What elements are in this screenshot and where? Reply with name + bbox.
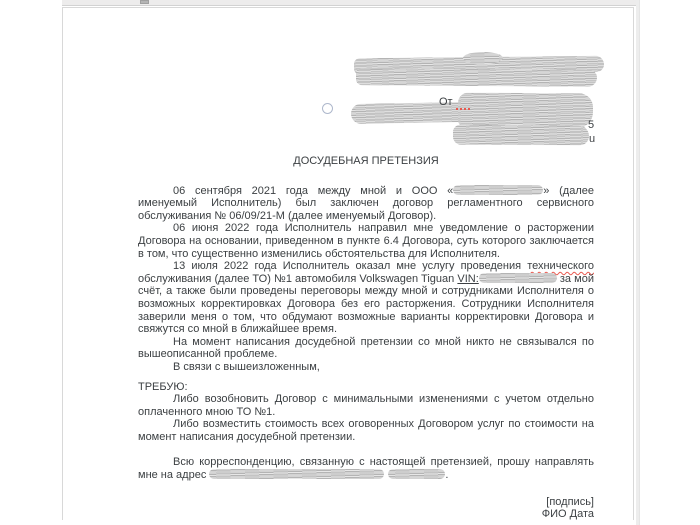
redaction-scribble bbox=[479, 273, 557, 283]
paragraph-therefore: В связи с вышеизложенным, bbox=[138, 361, 594, 374]
signature-line-2: ФИО Дата bbox=[138, 508, 594, 521]
paragraph-no-contact: На момент написания досудебной претензии… bbox=[138, 336, 594, 361]
redaction-scribble bbox=[209, 469, 384, 479]
text-run: 06 сентября 2021 года между мной и ООО « bbox=[173, 185, 453, 197]
text-run: технического bbox=[527, 260, 594, 272]
comment-anchor-icon[interactable] bbox=[322, 103, 333, 114]
doc-title: ДОСУДЕБНАЯ ПРЕТЕНЗИЯ bbox=[138, 155, 594, 168]
visible-char-phone: 5 bbox=[588, 120, 594, 131]
text-run: ТРЕБУЮ: bbox=[138, 381, 188, 393]
from-label: От bbox=[439, 97, 453, 108]
paragraph-service: 13 июля 2022 года Исполнитель оказал мне… bbox=[138, 260, 594, 336]
text-run: . bbox=[445, 469, 448, 481]
text-run: 13 июля 2022 года Исполнитель оказал мне… bbox=[173, 260, 527, 272]
paragraph-demand-2: Либо возместить стоимость всех оговоренн… bbox=[138, 418, 594, 443]
text-run: Либо возместить стоимость всех оговоренн… bbox=[138, 418, 594, 443]
spellcheck-squiggle bbox=[456, 108, 472, 110]
redaction-scribble bbox=[463, 52, 503, 64]
text-run: Либо возобновить Договор с минимальными … bbox=[138, 393, 594, 418]
text-run: В связи с вышеизложенным, bbox=[173, 361, 320, 373]
text-run: ДОСУДЕБНАЯ ПРЕТЕНЗИЯ bbox=[293, 155, 438, 167]
redaction-scribble bbox=[388, 469, 445, 479]
redaction-scribble bbox=[453, 125, 589, 145]
redaction-scribble bbox=[356, 68, 597, 87]
text-run: обслуживания (далее ТО) №1 автомобиля Vo… bbox=[138, 273, 457, 285]
text-run: VIN: bbox=[457, 273, 478, 285]
paragraph-contract: 06 сентября 2021 года между мной и ООО «… bbox=[138, 185, 594, 223]
text-run: [подпись] bbox=[546, 496, 594, 508]
redaction-scribble bbox=[458, 93, 593, 129]
signature-line-1: [подпись] bbox=[138, 496, 594, 509]
redaction-scribble bbox=[453, 185, 543, 195]
visible-char-email: u bbox=[589, 134, 595, 145]
text-run: 06 июня 2022 года Исполнитель направил м… bbox=[138, 222, 594, 259]
text-run: ФИО Дата bbox=[542, 508, 594, 520]
paragraph-notice: 06 июня 2022 года Исполнитель направил м… bbox=[138, 222, 594, 260]
demand-heading: ТРЕБУЮ: bbox=[138, 381, 594, 394]
ruler-indent-marker[interactable] bbox=[140, 0, 149, 4]
text-run: На момент написания досудебной претензии… bbox=[138, 336, 594, 361]
right-gutter bbox=[636, 0, 640, 525]
doc-body: ДОСУДЕБНАЯ ПРЕТЕНЗИЯ06 сентября 2021 год… bbox=[138, 155, 594, 521]
paragraph-correspondence: Всю корреспонденцию, связанную с настоящ… bbox=[138, 456, 594, 481]
document-page[interactable]: От 5 u ДОСУДЕБНАЯ ПРЕТЕНЗИЯ06 сентября 2… bbox=[62, 7, 634, 520]
paragraph-demand-1: Либо возобновить Договор с минимальными … bbox=[138, 393, 594, 418]
